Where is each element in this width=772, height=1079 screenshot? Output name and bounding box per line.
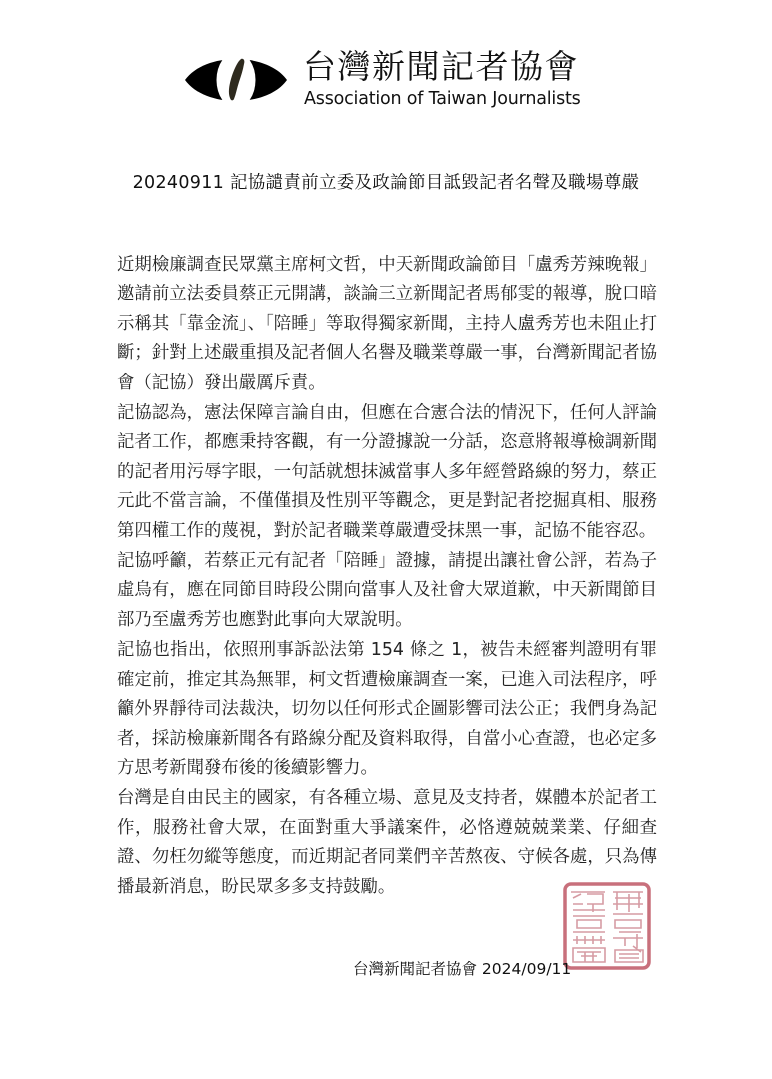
signature-line: 台灣新聞記者協會 2024/09/11 bbox=[353, 958, 571, 980]
paragraph: 近期檢廉調查民眾黨主席柯文哲，中天新聞政論節目「盧秀芳辣晚報」邀請前立法委員蔡正… bbox=[117, 251, 657, 398]
organization-name-english: Association of Taiwan Journalists bbox=[304, 88, 581, 110]
organization-name-chinese: 台灣新聞記者協會 bbox=[303, 47, 579, 87]
paragraph: 記協呼籲，若蔡正元有記者「陪睡」證據，請提出讓社會公評，若為子虛烏有，應在同節目… bbox=[117, 547, 657, 635]
document-title: 20240911 記協譴責前立委及政論節目詆毀記者名聲及職場尊嚴 bbox=[0, 171, 772, 195]
eye-with-taiwan-icon bbox=[183, 46, 289, 114]
document-body: 近期檢廉調查民眾黨主席柯文哲，中天新聞政論節目「盧秀芳辣晚報」邀請前立法委員蔡正… bbox=[117, 251, 657, 903]
paragraph: 記協也指出，依照刑事訴訟法第 154 條之 1，被告未經審判證明有罪確定前，推定… bbox=[117, 636, 657, 783]
paragraph: 記協認為，憲法保障言論自由，但應在合憲合法的情況下，任何人評論記者工作，都應秉持… bbox=[117, 399, 657, 546]
organization-seal-stamp-icon bbox=[563, 882, 651, 970]
organization-logo: 台灣新聞記者協會 Association of Taiwan Journalis… bbox=[183, 44, 593, 116]
